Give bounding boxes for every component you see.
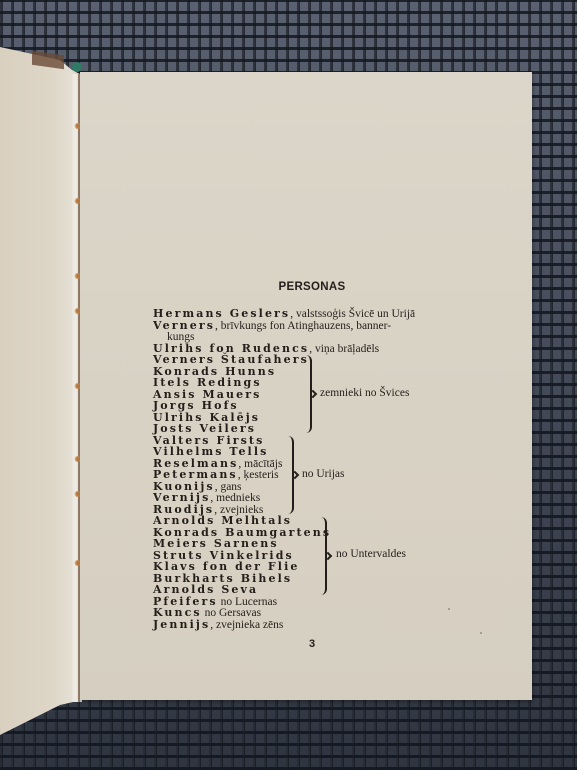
character-desc: , ķesteris	[238, 469, 279, 481]
character-desc: , zvejnieka zēns	[210, 619, 283, 631]
paper-speck	[448, 608, 450, 610]
character-desc: , brīvkungs fon Atinghauzens, banner-	[215, 320, 391, 332]
character-name: Verners	[153, 319, 215, 332]
group-label: no Untervaldes	[336, 548, 406, 560]
page-number: 3	[80, 638, 532, 650]
right-page: PERSONAS Hermans Geslers, valstssoģis Šv…	[80, 72, 532, 700]
character-entry: Jennijs, zvejnieka zēns	[153, 619, 283, 632]
character-desc: , valstssoģis Švicē un Urijā	[290, 308, 415, 320]
green-mark	[72, 62, 82, 72]
group-bracket	[321, 517, 327, 595]
group-bracket	[306, 355, 312, 433]
group-label: no Urijas	[302, 468, 344, 480]
page-content: PERSONAS Hermans Geslers, valstssoģis Šv…	[80, 72, 532, 700]
group-bracket	[288, 436, 294, 514]
character-desc: , mācītājs	[238, 458, 282, 470]
character-desc: no Lucernas	[218, 596, 277, 608]
character-desc: , mednieks	[210, 492, 260, 504]
character-desc: , gans	[215, 481, 242, 493]
character-desc: , viņa brāļadēls	[309, 343, 379, 355]
left-page	[0, 0, 82, 770]
group-label: zemnieki no Švices	[320, 387, 409, 399]
paper-speck	[480, 632, 482, 634]
character-desc: no Gersavas	[202, 607, 261, 619]
character-name: Jennijs	[153, 618, 210, 631]
page-title: PERSONAS	[80, 281, 532, 293]
